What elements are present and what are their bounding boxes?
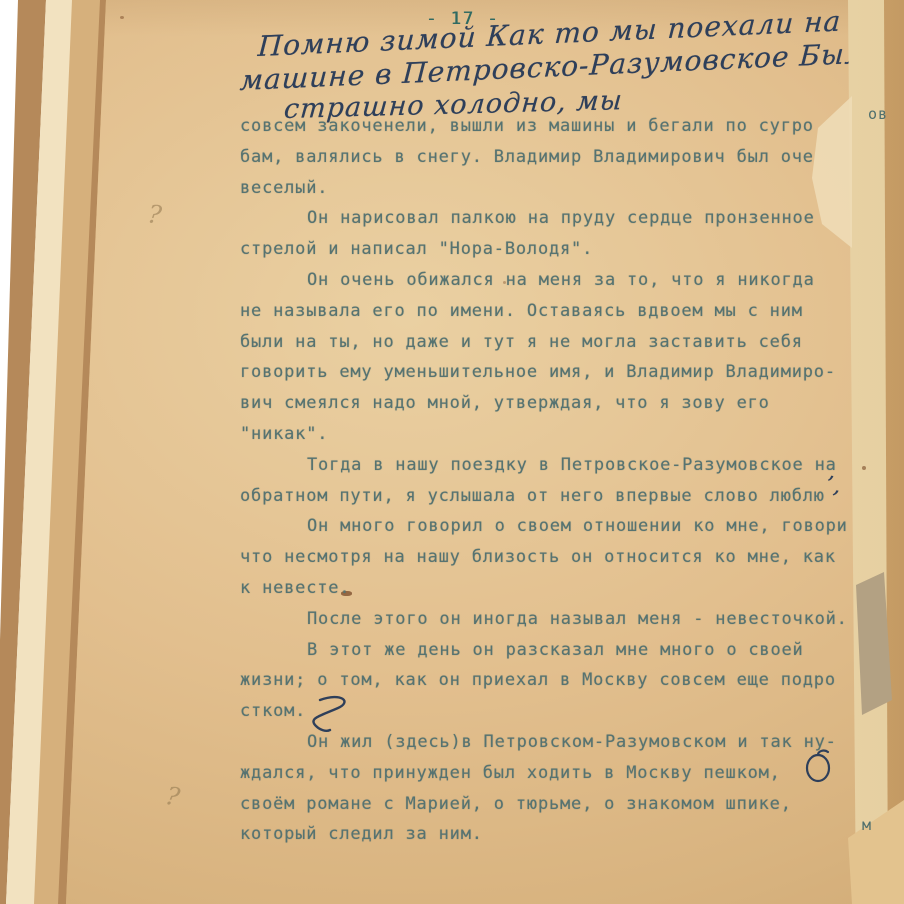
typed-line: совсем закоченели, вышли из машины и бег… [240, 116, 814, 136]
underlying-page-text-fragment: ов [868, 105, 888, 123]
typed-line: "никак". [240, 424, 328, 444]
typed-line: Он жил (здесь)в Петровском-Разумовском и… [307, 732, 837, 752]
typed-line: ждался, что принужден был ходить в Москв… [240, 763, 781, 783]
typed-line: Он нарисовал палкою на пруду сердце прон… [307, 208, 815, 228]
typed-line: Он много говорил о своем отношении ко мн… [307, 516, 848, 536]
typed-line: бам, валялись в снегу. Владимир Владимир… [240, 147, 814, 167]
photo-of-typescript-page: { "document": { "page_number_label": "- … [0, 0, 904, 904]
handwritten-connector-curve [290, 692, 360, 742]
typed-line: были на ты, но даже и тут я не могла зас… [240, 332, 803, 352]
typed-line: жизни; о том, как он приехал в Москву со… [240, 670, 836, 690]
typed-line: своём романе с Марией, о тюрьме, о знако… [240, 794, 792, 814]
typed-line: стрелой и написал "Нора-Володя". [240, 239, 593, 259]
typed-line: вич смеялся надо мной, утверждая, что я … [240, 393, 770, 413]
handwritten-comma-mark: ’, [824, 472, 844, 499]
typed-line: не называла его по имени. Оставаясь вдво… [240, 301, 803, 321]
pencil-question-mark: ? [146, 199, 163, 230]
underlying-page-text-fragment: м [862, 816, 872, 834]
paper-speck [120, 16, 124, 19]
paper-speck [862, 466, 866, 470]
typed-line: говорить ему уменьшительное имя, и Влади… [240, 362, 836, 382]
typed-line: что несмотря на нашу близость он относит… [240, 547, 836, 567]
typed-line: В этот же день он разсказал мне много о … [307, 640, 804, 660]
pencil-question-mark: ? [163, 781, 182, 812]
typed-line: Тогда в нашу поездку в Петровское-Разумо… [307, 455, 837, 475]
typed-line: После этого он иногда называл меня - нев… [307, 609, 848, 629]
typed-line: который следил за ним. [240, 824, 483, 844]
typed-line: обратном пути, я услышала от него впервы… [240, 486, 825, 506]
typed-line: веселый. [240, 178, 328, 198]
typed-line: Он очень обижался на меня за то, что я н… [307, 270, 815, 290]
handwritten-circled-letter-icon [802, 748, 836, 784]
typed-line: к невесте. [240, 578, 350, 598]
typescript-page: - 17 - Помню зимой Как то мы поехали на … [0, 0, 904, 904]
